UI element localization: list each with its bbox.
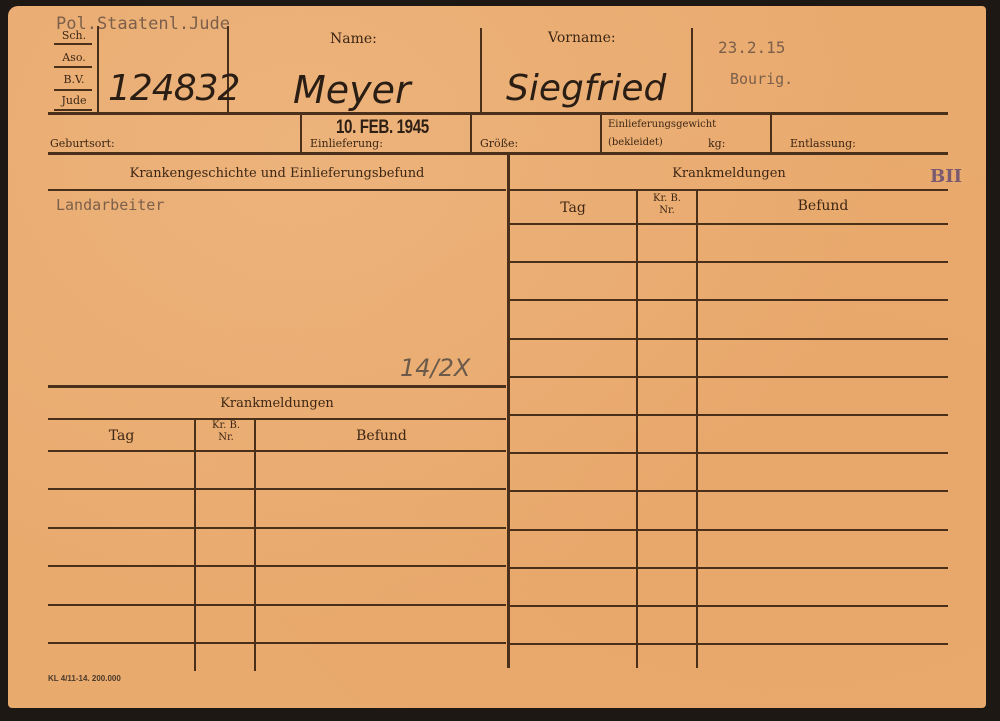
- geburtsort-label: Geburtsort:: [50, 137, 115, 150]
- left-table-title: Krankmeldungen: [48, 396, 506, 411]
- category-label-aso: Aso.: [56, 52, 92, 64]
- table-row: [510, 376, 948, 378]
- table-divider: [510, 189, 948, 191]
- section-divider: [48, 385, 506, 388]
- category-underline: [54, 66, 92, 68]
- category-underline: [54, 89, 92, 91]
- col-sub-2: Nr.: [218, 432, 234, 443]
- table-divider: [48, 418, 506, 420]
- right-col-befund: Befund: [698, 198, 948, 214]
- divider: [770, 114, 772, 152]
- einlieferung-date-stamp: 10. FEB. 1945: [336, 117, 429, 139]
- entlassung-label: Entlassung:: [790, 137, 856, 150]
- table-row: [510, 414, 948, 416]
- table-row: [510, 338, 948, 340]
- vorname-label: Vorname:: [548, 30, 616, 46]
- table-row: [48, 604, 506, 606]
- table-row: [510, 299, 948, 301]
- category-label-jude: Jude: [56, 95, 92, 107]
- gewicht-sublabel: (bekleidet): [608, 137, 663, 148]
- divider: [480, 28, 482, 114]
- gewicht-unit: kg:: [708, 137, 725, 150]
- row-divider: [48, 112, 948, 115]
- left-col-krb: Kr. B.Nr.: [197, 420, 255, 444]
- divider: [691, 28, 693, 114]
- block-stamp: BII: [930, 166, 962, 187]
- center-divider: [507, 154, 510, 668]
- divider: [300, 114, 302, 152]
- column-divider: [254, 420, 256, 671]
- table-row: [510, 529, 948, 531]
- history-title: Krankengeschichte und Einlieferungsbefun…: [48, 166, 506, 181]
- col-sub-2: Nr.: [659, 205, 675, 216]
- table-row: [48, 565, 506, 567]
- name-value: Meyer: [293, 68, 411, 112]
- category-underline: [54, 109, 92, 111]
- table-row: [48, 488, 506, 490]
- column-divider: [194, 420, 196, 671]
- row-divider: [48, 189, 506, 191]
- table-row: [510, 490, 948, 492]
- category-underline: [54, 43, 92, 45]
- print-code: KL 4/11-14. 200.000: [48, 674, 121, 683]
- table-row: [510, 452, 948, 454]
- occupation: Landarbeiter: [56, 196, 164, 214]
- table-row: [48, 642, 506, 644]
- table-row: [510, 643, 948, 645]
- right-col-krb: Kr. B.Nr.: [638, 193, 696, 217]
- prisoner-medical-card: Pol.Staatenl.Jude Sch. Aso. B.V. Jude 12…: [8, 6, 986, 708]
- table-row: [510, 261, 948, 263]
- row-divider: [48, 152, 948, 155]
- col-sub-1: Kr. B.: [212, 420, 240, 431]
- table-row: [48, 527, 506, 529]
- name-label: Name:: [330, 31, 377, 47]
- table-row: [510, 567, 948, 569]
- gewicht-label: Einlieferungsgewicht: [608, 119, 716, 130]
- groesse-label: Größe:: [480, 137, 518, 150]
- table-header-divider: [48, 450, 506, 452]
- prisoner-number: 124832: [108, 68, 239, 109]
- divider: [470, 114, 472, 152]
- category-label-bv: B.V.: [56, 74, 92, 86]
- right-col-tag: Tag: [510, 200, 636, 216]
- vorname-value: Siegfried: [506, 68, 666, 109]
- left-col-tag: Tag: [48, 428, 195, 444]
- left-col-befund: Befund: [257, 428, 506, 444]
- col-sub-1: Kr. B.: [653, 193, 681, 204]
- right-table-title: Krankmeldungen: [510, 166, 948, 181]
- table-row: [510, 605, 948, 607]
- history-annotation: 14/2X: [400, 354, 470, 382]
- divider: [97, 26, 99, 114]
- birth-date: 23.2.15: [718, 38, 785, 57]
- category-label-sch: Sch.: [56, 30, 92, 42]
- birth-place: Bourig.: [730, 70, 793, 88]
- table-header-divider: [510, 223, 948, 225]
- divider: [600, 114, 602, 152]
